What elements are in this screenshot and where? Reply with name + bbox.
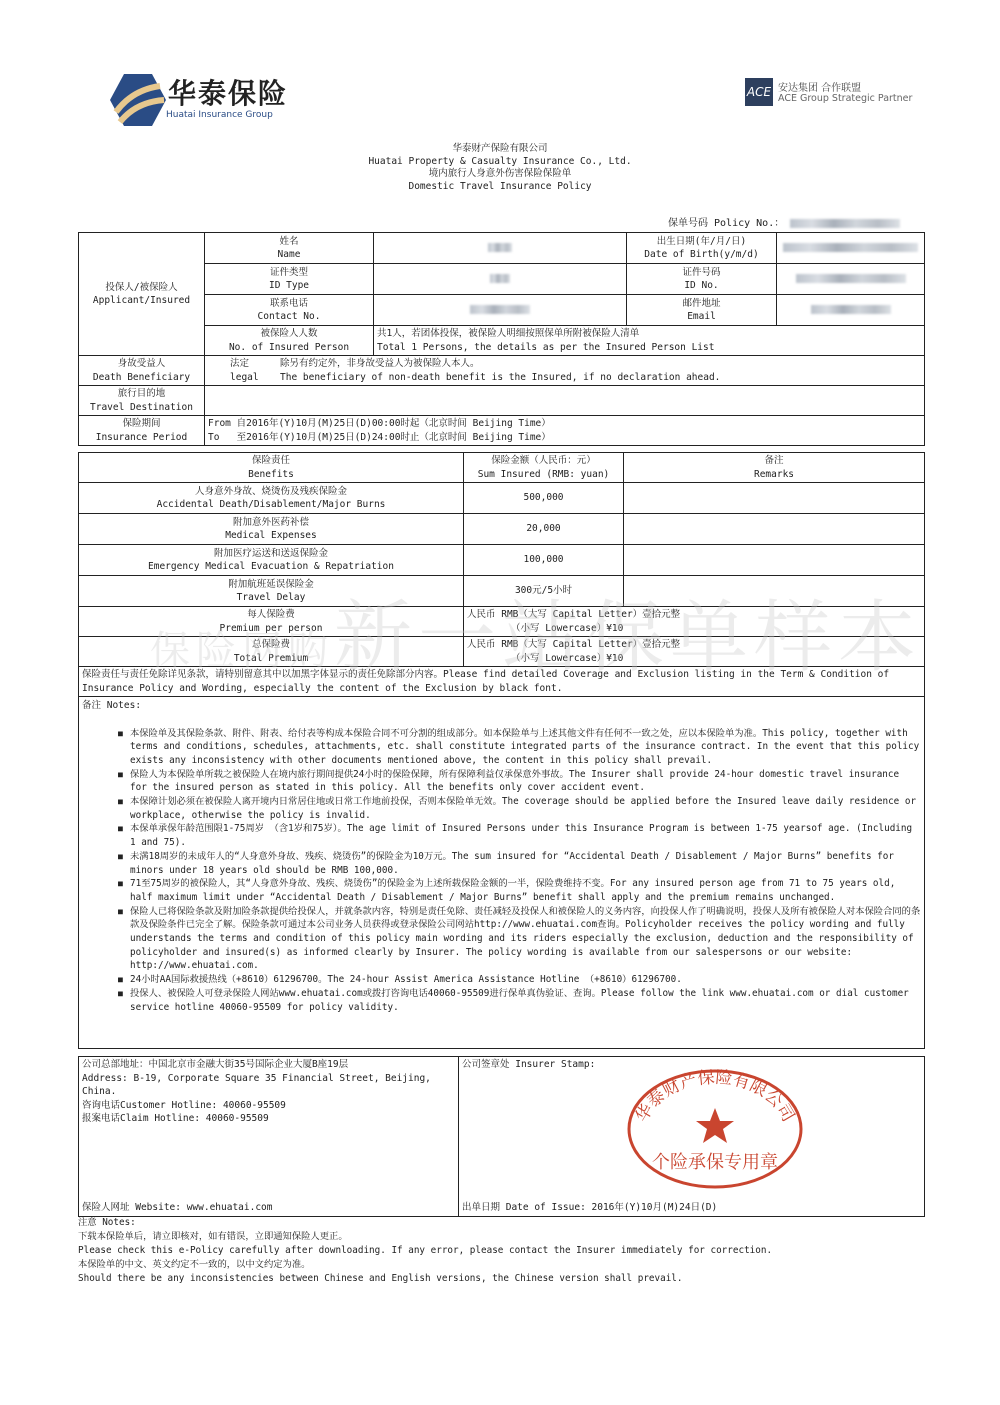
benefit-row: 附加意外医药补偿Medical Expenses 20,000 [79, 514, 925, 545]
issue-date: 出单日期 Date of Issue: 2016年(Y)10月(M)24日(D) [462, 1201, 717, 1215]
note-item: 24小时AA国际救援热线（+8610）61296700。The 24-hour … [118, 973, 921, 987]
benefits-table: 保险责任Benefits 保险金额（人民币：元）Sum Insured (RMB… [78, 452, 925, 1049]
customer-hotline: 咨询电话Customer Hotline: 40060-95509 [82, 1099, 455, 1113]
beneficiary-label: 身故受益人Death Beneficiary [79, 356, 205, 386]
note-item: 保险人为本保险单所载之被保险人在境内旅行期间提供24小时的保险保障，所有保障利益… [118, 768, 921, 795]
company-info: 公司总部地址：中国北京市金融大街35号国际企业大厦B座19层 Address: … [79, 1057, 459, 1217]
footer-note-line: Should there be any inconsistencies betw… [78, 1272, 772, 1286]
brand-cn: 华泰保险 [168, 72, 288, 112]
email-label: 邮件地址Email [627, 295, 777, 326]
note-item: 本保障计划必须在被保险人离开境内日常居住地或日常工作地前投保，否则本保险单无效。… [118, 795, 921, 822]
claim-hotline: 报案电话Claim Hotline: 40060-95509 [82, 1112, 455, 1126]
exclusion-note: 保险责任与责任免除详见条款，请特别留意其中以加黑字体显示的责任免除部分内容。Pl… [79, 667, 925, 697]
id-type-value [374, 264, 627, 295]
destination-label: 旅行目的地Travel Destination [79, 386, 205, 416]
note-item: 本保险单及其保险条款、附件、附表、给付表等构成本保险合同不可分割的组成部分。如本… [118, 727, 921, 768]
company-seal-icon: 华泰财产保险有限公司 个险承保专用章 [625, 1068, 805, 1190]
benefit-row: 附加医疗运送和送返保险金Emergency Medical Evacuation… [79, 545, 925, 576]
partner-en: ACE Group Strategic Partner [778, 93, 912, 104]
email-value [777, 295, 925, 326]
sum-insured-header: 保险金额（人民币：元）Sum Insured (RMB: yuan) [464, 453, 624, 483]
address-cn: 公司总部地址：中国北京市金融大街35号国际企业大厦B座19层 [82, 1058, 455, 1072]
contact-label: 联系电话Contact No. [205, 295, 374, 326]
name-value [374, 233, 627, 264]
footer-notes-title: 注意 Notes: [78, 1216, 772, 1230]
note-item: 投保人、被保险人可登录保险人网站www.ehuatai.com或拨打咨询电话40… [118, 987, 921, 1014]
note-item: 保险人已将保险条款及附加险条款提供给投保人，并就条款内容，特别是责任免除、责任减… [118, 905, 921, 974]
svg-text:个险承保专用章: 个险承保专用章 [652, 1152, 778, 1173]
policy-no-redacted [790, 219, 900, 228]
footer-notes: 注意 Notes: 下载本保险单后，请立即核对，如有错误，立即通知保险人更正。 … [78, 1216, 772, 1286]
footer-note-line: 本保险单的中文、英文约定不一致的，以中文约定为准。 [78, 1258, 772, 1272]
company-name-en: Huatai Property & Casualty Insurance Co.… [0, 156, 1000, 169]
benefit-row: 人身意外身故、烧烫伤及残疾保险金Accidental Death/Disable… [79, 483, 925, 514]
footer-note-line: Please check this e-Policy carefully aft… [78, 1244, 772, 1258]
document-title: 华泰财产保险有限公司 Huatai Property & Casualty In… [0, 143, 1000, 193]
notes-section: 备注 Notes: 本保险单及其保险条款、附件、附表、给付表等构成本保险合同不可… [79, 697, 925, 1049]
benefit-row: 附加航班延误保险金Travel Delay 300元/5小时 [79, 576, 925, 607]
policy-no-label: 保单号码 Policy No.： [668, 218, 784, 229]
note-item: 本保单承保年龄范围限1-75周岁 （含1岁和75岁）。The age limit… [118, 822, 921, 849]
huatai-logo: 华泰保险 Huatai Insurance Group [110, 70, 310, 130]
company-name-cn: 华泰财产保险有限公司 [0, 143, 1000, 156]
policy-title-en: Domestic Travel Insurance Policy [0, 181, 1000, 194]
total-premium-row: 总保险费Total Premium 人民币 RMB（大写 Capital Let… [79, 637, 925, 667]
website: 保险人网址 Website: www.ehuatai.com [82, 1201, 273, 1215]
partner-cn: 安达集团 合作联盟 [778, 79, 861, 94]
brand-en: Huatai Insurance Group [166, 110, 273, 120]
ace-partner-logo: ACE 安达集团 合作联盟 ACE Group Strategic Partne… [745, 78, 935, 110]
hexagon-logo-icon [110, 72, 166, 128]
note-item: 未满18周岁的未成年人的“人身意外身故、残疾、烧烫伤”的保险金为10万元。The… [118, 850, 921, 877]
period-value: From 自2016年(Y)10月(M)25日(D)00:00时起（北京时间 B… [205, 416, 925, 446]
applicant-section-label: 投保人/被保险人Applicant/Insured [79, 233, 205, 356]
policy-info-table: 投保人/被保险人Applicant/Insured 姓名Name 出生日期(年/… [78, 232, 925, 446]
address-en: Address: B-19, Corporate Square 35 Finan… [82, 1072, 455, 1099]
remarks-header: 备注Remarks [624, 453, 925, 483]
footer-note-line: 下载本保险单后，请立即核对，如有错误，立即通知保险人更正。 [78, 1230, 772, 1244]
note-item: 71至75周岁的被保险人，其“人身意外身故、残疾、烧烫伤”的保险金为上述所载保险… [118, 877, 921, 904]
name-label: 姓名Name [205, 233, 374, 264]
id-no-value [777, 264, 925, 295]
notes-title: 备注 Notes: [82, 699, 921, 713]
destination-value [205, 386, 925, 416]
ace-logo-icon: ACE [745, 78, 773, 106]
notes-list: 本保险单及其保险条款、附件、附表、给付表等构成本保险合同不可分割的组成部分。如本… [82, 727, 921, 1015]
premium-per-person-row: 每人保险费Premium per person 人民币 RMB（大写 Capit… [79, 607, 925, 637]
contact-value [374, 295, 627, 326]
benefits-header: 保险责任Benefits [79, 453, 464, 483]
policy-title-cn: 境内旅行人身意外伤害保险保险单 [0, 168, 1000, 181]
policy-number: 保单号码 Policy No.： [668, 214, 900, 229]
insured-count-value: 共1人，若团体投保，被保险人明细按照保单所附被保险人清单Total 1 Pers… [374, 326, 925, 356]
dob-label: 出生日期(年/月/日)Date of Birth(y/m/d) [627, 233, 777, 264]
period-label: 保险期间Insurance Period [79, 416, 205, 446]
id-type-label: 证件类型ID Type [205, 264, 374, 295]
id-no-label: 证件号码ID No. [627, 264, 777, 295]
insured-count-label: 被保险人人数No. of Insured Person [205, 326, 374, 356]
beneficiary-value: 法定除另有约定外，非身故受益人为被保险人本人。 legalThe benefic… [205, 356, 925, 386]
dob-value [777, 233, 925, 264]
